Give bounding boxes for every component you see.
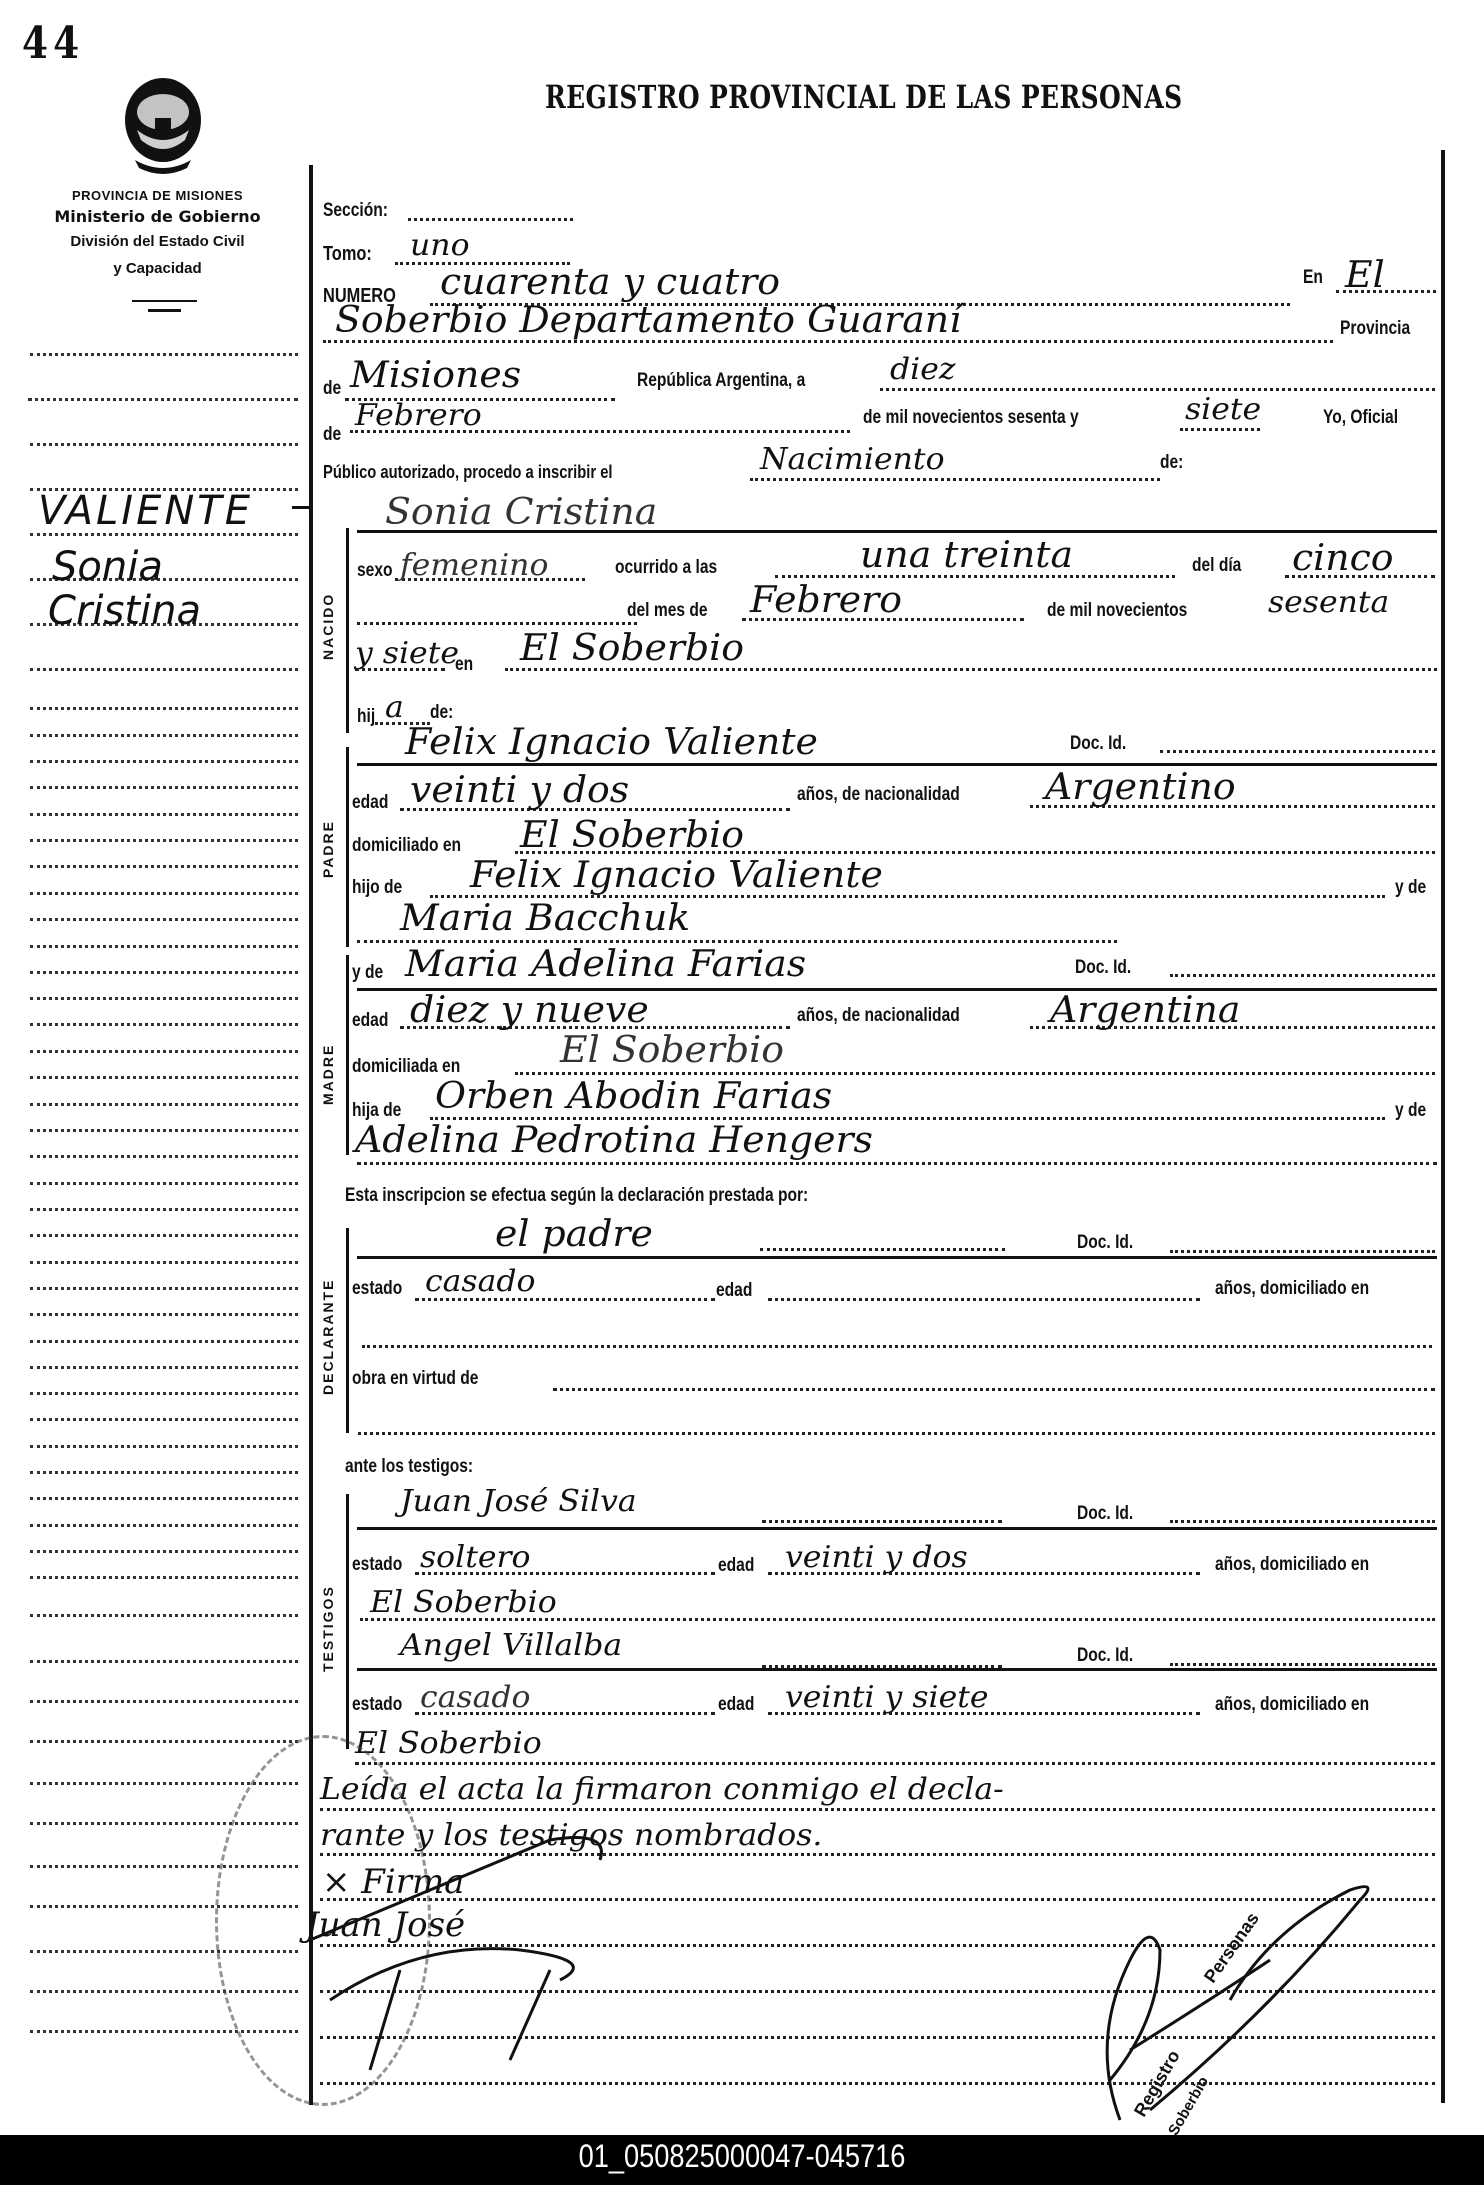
province-name: PROVINCIA DE MISIONES: [10, 188, 305, 203]
madre-domicilio-label: domiciliada en: [352, 1056, 460, 1078]
madre-hija-de-label: hija de: [352, 1100, 401, 1122]
provincia-label: Provincia: [1340, 318, 1410, 340]
margin-given-name-2: Cristina: [48, 588, 201, 634]
madre-anios-label: años, de nacionalidad: [797, 1005, 960, 1027]
declarante-intro: Esta inscripcion se efectua según la dec…: [345, 1185, 808, 1207]
abuela-materna-field[interactable]: [357, 1162, 1437, 1165]
testigo2-edad-label: edad: [718, 1694, 754, 1716]
acto-field[interactable]: [750, 478, 1160, 481]
hora-value: una treinta: [860, 535, 1073, 576]
declarante-name: el padre: [495, 1214, 653, 1255]
del-dia-label: del día: [1192, 555, 1241, 577]
testigo2-name-rule: [357, 1668, 1437, 1671]
testigos-section-label: TESTIGOS: [320, 1585, 336, 1672]
anio2-field[interactable]: [355, 668, 445, 671]
declarante-section-line: [346, 1228, 349, 1433]
padre-doc-label: Doc. Id.: [1070, 733, 1126, 755]
testigo1-name-rule: [357, 1527, 1437, 1530]
de-label: de: [323, 378, 341, 400]
testigo1-domicilio-value: El Soberbio: [370, 1585, 557, 1620]
header-rule: [132, 300, 197, 302]
padre-section-label: PADRE: [320, 820, 336, 878]
testigo1-doc-field[interactable]: [1170, 1520, 1435, 1523]
declarante-estado-value: casado: [425, 1264, 535, 1299]
declarante-section-label: DECLARANTE: [320, 1279, 336, 1395]
signature-scribble-icon: [300, 1820, 660, 2080]
document-id: 01_050825000047-045716: [111, 2138, 1372, 2175]
anio-field[interactable]: [1180, 428, 1260, 431]
declarante-domicilio-field[interactable]: [362, 1345, 1432, 1348]
lugar-value: El Soberbio: [520, 628, 744, 669]
testigo2-domicilio-field[interactable]: [355, 1762, 1435, 1765]
declarante-name-rule: [357, 1256, 1437, 1259]
testigo2-domicilio-value: El Soberbio: [355, 1726, 542, 1761]
testigo1-name: Juan José Silva: [400, 1484, 637, 1519]
padre-edad-label: edad: [352, 792, 388, 814]
numero-value: cuarenta y cuatro: [440, 262, 780, 303]
tomo-label: Tomo:: [323, 243, 372, 266]
obra-label: obra en virtud de: [352, 1368, 478, 1390]
seccion-field[interactable]: [408, 218, 573, 221]
margin-tick: [292, 506, 310, 509]
testigo2-edad-value: veinti y siete: [785, 1680, 989, 1715]
sexo-label: sexo: [357, 560, 393, 582]
testigo1-estado-value: soltero: [420, 1540, 531, 1575]
declarante-estado-label: estado: [352, 1278, 402, 1300]
seccion-label: Sección:: [323, 200, 388, 222]
madre-doc-label: Doc. Id.: [1075, 957, 1131, 979]
abuela-materna-value: Adelina Pedrotina Hengers: [355, 1120, 873, 1161]
anio-nac-value-2: y siete: [355, 636, 459, 671]
closing-line-1: Leída el acta la firmaron conmigo el dec…: [320, 1772, 1004, 1807]
padre-domicilio-value: El Soberbio: [520, 815, 744, 856]
padre-doc-field[interactable]: [1160, 750, 1435, 753]
ministry-name: Ministerio de Gobierno: [10, 207, 305, 226]
testigo1-estado-label: estado: [352, 1554, 402, 1576]
testigo2-anios-label: años, domiciliado en: [1215, 1694, 1369, 1716]
testigo1-doc-label: Doc. Id.: [1077, 1503, 1133, 1525]
hij-label: hij: [357, 706, 375, 728]
mil-label: de mil novecientos sesenta y: [863, 407, 1079, 429]
madre-section-line: [346, 955, 349, 1155]
acto-value: Nacimiento: [760, 442, 945, 477]
abuelo-paterno-value: Felix Ignacio Valiente: [470, 855, 883, 896]
nacido-name-rule: [357, 530, 1437, 533]
blank-field[interactable]: [357, 622, 637, 625]
nacido-section-label: NACIDO: [320, 593, 336, 660]
declarante-anios-label: años, domiciliado en: [1215, 1278, 1369, 1300]
oficial-label: Yo, Oficial: [1323, 407, 1398, 429]
declarante-edad-label: edad: [716, 1280, 752, 1302]
testigos-section-line: [346, 1494, 349, 1749]
testigos-intro: ante los testigos:: [345, 1456, 473, 1478]
madre-y-de-label-2: y de: [1395, 1100, 1426, 1122]
padre-name-rule: [357, 763, 1437, 766]
de-colon-label: de:: [1160, 452, 1183, 474]
division-name-2: y Capacidad: [10, 260, 305, 277]
padre-anios-label: años, de nacionalidad: [797, 784, 960, 806]
testigo1-edad-value: veinti y dos: [785, 1540, 968, 1575]
mes-value: Febrero: [355, 398, 482, 433]
declarante-doc-label: Doc. Id.: [1077, 1232, 1133, 1254]
provincial-emblem-icon: [115, 72, 211, 176]
dia-field[interactable]: [880, 388, 1435, 391]
de2-label: de: [323, 424, 341, 446]
margin-given-name-1: Sonia: [52, 544, 163, 590]
dia-nac-value: cinco: [1292, 538, 1394, 579]
declarante-name-dots: [760, 1248, 1005, 1251]
nacido-name: Sonia Cristina: [385, 492, 657, 533]
testigo2-estado-value: casado: [420, 1680, 530, 1715]
provincia-value: Misiones: [350, 355, 521, 396]
declarante-edad-field[interactable]: [768, 1298, 1200, 1301]
abuela-paterna-value: Maria Bacchuk: [400, 898, 690, 939]
tomo-value: uno: [410, 228, 470, 263]
abuela-paterna-field[interactable]: [357, 940, 1117, 943]
hij-value: a: [385, 690, 404, 725]
madre-domicilio-field[interactable]: [515, 1072, 1435, 1075]
madre-y-de-label: y de: [352, 962, 383, 984]
margin-surname: VALIENTE: [38, 488, 253, 534]
hij-de-label: de:: [430, 702, 453, 724]
document-title: REGISTRO PROVINCIAL DE LAS PERSONAS: [545, 78, 1183, 116]
ocurrido-label: ocurrido a las: [615, 557, 717, 579]
place-value: Soberbio Departamento Guaraní: [335, 300, 961, 341]
padre-hijo-de-label: hijo de: [352, 877, 402, 899]
declarante-doc-field[interactable]: [1170, 1250, 1435, 1253]
abuelo-materno-value: Orben Abodin Farias: [435, 1076, 832, 1117]
padre-y-de-label: y de: [1395, 877, 1426, 899]
nacido-section-line: [346, 528, 349, 733]
madre-edad-label: edad: [352, 1010, 388, 1032]
padre-edad-value: veinti y dos: [410, 770, 629, 811]
testigo2-name: Angel Villalba: [400, 1628, 622, 1663]
dia-value: diez: [890, 352, 955, 387]
padre-name: Felix Ignacio Valiente: [405, 722, 818, 763]
republica-label: República Argentina, a: [637, 370, 805, 392]
testigo2-estado-label: estado: [352, 1694, 402, 1716]
obra-field[interactable]: [553, 1388, 1435, 1391]
en-nac-label: en: [455, 654, 473, 676]
right-border-line: [1441, 150, 1445, 2103]
madre-name: Maria Adelina Farias: [405, 944, 806, 985]
publico-label: Público autorizado, procedo a inscribir …: [323, 462, 613, 483]
madre-doc-field[interactable]: [1170, 974, 1435, 977]
del-mes-label: del mes de: [627, 600, 708, 622]
mil-nac-label: de mil novecientos: [1047, 600, 1187, 622]
madre-domicilio-value: El Soberbio: [560, 1030, 784, 1071]
division-name: División del Estado Civil: [10, 233, 305, 250]
mes-nac-value: Febrero: [750, 580, 902, 621]
padre-section-line: [346, 747, 349, 947]
madre-section-label: MADRE: [320, 1044, 336, 1105]
testigo1-anios-label: años, domiciliado en: [1215, 1554, 1369, 1576]
testigo1-name-dots: [762, 1520, 1002, 1523]
testigo2-doc-label: Doc. Id.: [1077, 1645, 1133, 1667]
anio-nac-value: sesenta: [1268, 585, 1389, 620]
madre-edad-value: diez y nueve: [410, 990, 649, 1031]
header-rule-short: [148, 309, 181, 312]
sexo-value: femenino: [400, 548, 548, 583]
madre-nacionalidad-value: Argentina: [1050, 990, 1240, 1031]
testigo1-edad-label: edad: [718, 1555, 754, 1577]
en-value: El: [1345, 255, 1385, 296]
page-number: 44: [22, 18, 84, 69]
anio-value: siete: [1185, 392, 1261, 427]
padre-nacionalidad-value: Argentino: [1045, 767, 1236, 808]
en-label: En: [1303, 267, 1323, 289]
testigo2-doc-field[interactable]: [1170, 1663, 1435, 1666]
padre-domicilio-label: domiciliado en: [352, 835, 461, 857]
obra-field-2[interactable]: [358, 1432, 1435, 1435]
